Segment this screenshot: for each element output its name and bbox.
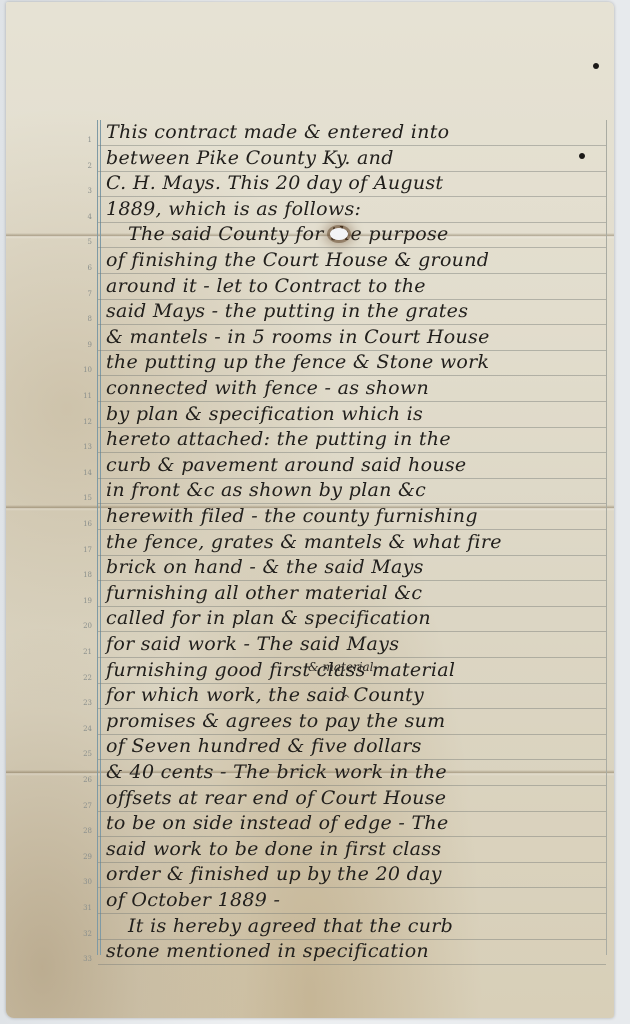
ruled-lines: 1This contract made & entered into2betwe… [6,2,614,1018]
line-number: 26 [76,776,92,784]
text-line: 6of finishing the Court House & ground [98,248,606,274]
line-number: 10 [76,366,92,374]
text-line: 20called for in plan & specification [98,606,606,632]
line-number: 30 [76,878,92,886]
insertion-caret: ^ [342,694,350,705]
handwritten-text: said work to be done in first class [106,838,441,860]
text-line: 23for which work, the said County [98,683,606,709]
line-number: 28 [76,827,92,835]
text-line: 30order & finished up by the 20 day [98,862,606,888]
line-number: 20 [76,622,92,630]
handwritten-text: order & finished up by the 20 day [106,863,442,885]
text-line: 10the putting up the fence & Stone work [98,350,606,376]
line-number: 3 [76,187,92,195]
text-line: 33stone mentioned in specification [98,939,606,965]
line-number: 22 [76,674,92,682]
text-line: 8said Mays - the putting in the grates [98,299,606,325]
line-number: 17 [76,546,92,554]
line-number: 29 [76,853,92,861]
line-number: 18 [76,571,92,579]
line-number: 19 [76,597,92,605]
handwritten-text: the putting up the fence & Stone work [106,351,489,373]
handwritten-text: of Seven hundred & five dollars [106,735,422,757]
handwritten-text: herewith filed - the county furnishing [106,505,478,527]
line-number: 8 [76,315,92,323]
handwritten-text: offsets at rear end of Court House [106,787,446,809]
interlinear-insertion: & material [308,660,374,674]
handwritten-text: the fence, grates & mantels & what fire [106,531,502,553]
handwritten-text: connected with fence - as shown [106,377,429,399]
text-line: 5The said County for the purpose [98,222,606,248]
handwritten-text: stone mentioned in specification [106,940,429,962]
line-number: 13 [76,443,92,451]
line-number: 1 [76,136,92,144]
text-line: 7around it - let to Contract to the [98,274,606,300]
text-line: 9& mantels - in 5 rooms in Court House [98,325,606,351]
handwritten-text: The said County for the purpose [128,223,449,245]
text-line: 24promises & agrees to pay the sum [98,709,606,735]
line-number: 23 [76,699,92,707]
text-line: 14curb & pavement around said house [98,453,606,479]
line-number: 31 [76,904,92,912]
handwritten-text: by plan & specification which is [106,403,423,425]
line-number: 16 [76,520,92,528]
handwritten-text: It is hereby agreed that the curb [128,915,453,937]
line-number: 11 [76,392,92,400]
handwritten-text: brick on hand - & the said Mays [106,556,424,578]
line-number: 14 [76,469,92,477]
handwritten-text: promises & agrees to pay the sum [106,710,446,732]
text-line: 28to be on side instead of edge - The [98,811,606,837]
text-line: 12by plan & specification which is [98,402,606,428]
handwritten-text: curb & pavement around said house [106,454,466,476]
text-line: 19furnishing all other material &c [98,581,606,607]
text-line: 29said work to be done in first class [98,837,606,863]
line-number: 33 [76,955,92,963]
text-line: 16herewith filed - the county furnishing [98,504,606,530]
line-number: 5 [76,238,92,246]
handwritten-text: said Mays - the putting in the grates [106,300,468,322]
line-number: 21 [76,648,92,656]
scan-background: 1This contract made & entered into2betwe… [0,0,630,1024]
burn-hole [330,228,348,240]
line-number: 7 [76,290,92,298]
text-line: 17the fence, grates & mantels & what fir… [98,530,606,556]
text-line: 21for said work - The said Mays [98,632,606,658]
text-line: 31of October 1889 - [98,888,606,914]
handwritten-text: furnishing good first class material [106,659,455,681]
handwritten-text: This contract made & entered into [106,121,449,143]
handwritten-text: 1889, which is as follows: [106,198,361,220]
text-line: 26& 40 cents - The brick work in the [98,760,606,786]
line-number: 27 [76,802,92,810]
line-number: 24 [76,725,92,733]
handwritten-text: C. H. Mays. This 20 day of August [106,172,443,194]
handwritten-text: called for in plan & specification [106,607,431,629]
text-line: 11connected with fence - as shown [98,376,606,402]
line-number: 6 [76,264,92,272]
line-number: 25 [76,750,92,758]
text-line: 3C. H. Mays. This 20 day of August [98,171,606,197]
line-number: 9 [76,341,92,349]
handwritten-text: to be on side instead of edge - The [106,812,449,834]
text-line: 2between Pike County Ky. and [98,146,606,172]
handwritten-text: around it - let to Contract to the [106,275,426,297]
handwritten-text: of finishing the Court House & ground [106,249,489,271]
line-number: 32 [76,930,92,938]
handwritten-text: of October 1889 - [106,889,280,911]
handwritten-text: in front &c as shown by plan &c [106,479,426,501]
handwritten-text: for which work, the said County [106,684,424,706]
line-number: 12 [76,418,92,426]
text-line: 27offsets at rear end of Court House [98,786,606,812]
handwritten-text: & 40 cents - The brick work in the [106,761,447,783]
text-line: 25of Seven hundred & five dollars [98,734,606,760]
handwritten-text: between Pike County Ky. and [106,147,394,169]
contract-page: 1This contract made & entered into2betwe… [6,2,614,1018]
line-number: 2 [76,162,92,170]
line-number: 15 [76,494,92,502]
handwritten-text: hereto attached: the putting in the [106,428,451,450]
text-line: 15in front &c as shown by plan &c [98,478,606,504]
line-number: 4 [76,213,92,221]
text-line: 41889, which is as follows: [98,197,606,223]
text-line: 1This contract made & entered into [98,120,606,146]
text-line: 13hereto attached: the putting in the [98,427,606,453]
handwritten-text: furnishing all other material &c [106,582,422,604]
text-line: 32It is hereby agreed that the curb [98,914,606,940]
handwritten-text: & mantels - in 5 rooms in Court House [106,326,490,348]
handwritten-text: for said work - The said Mays [106,633,399,655]
text-line: 18brick on hand - & the said Mays [98,555,606,581]
